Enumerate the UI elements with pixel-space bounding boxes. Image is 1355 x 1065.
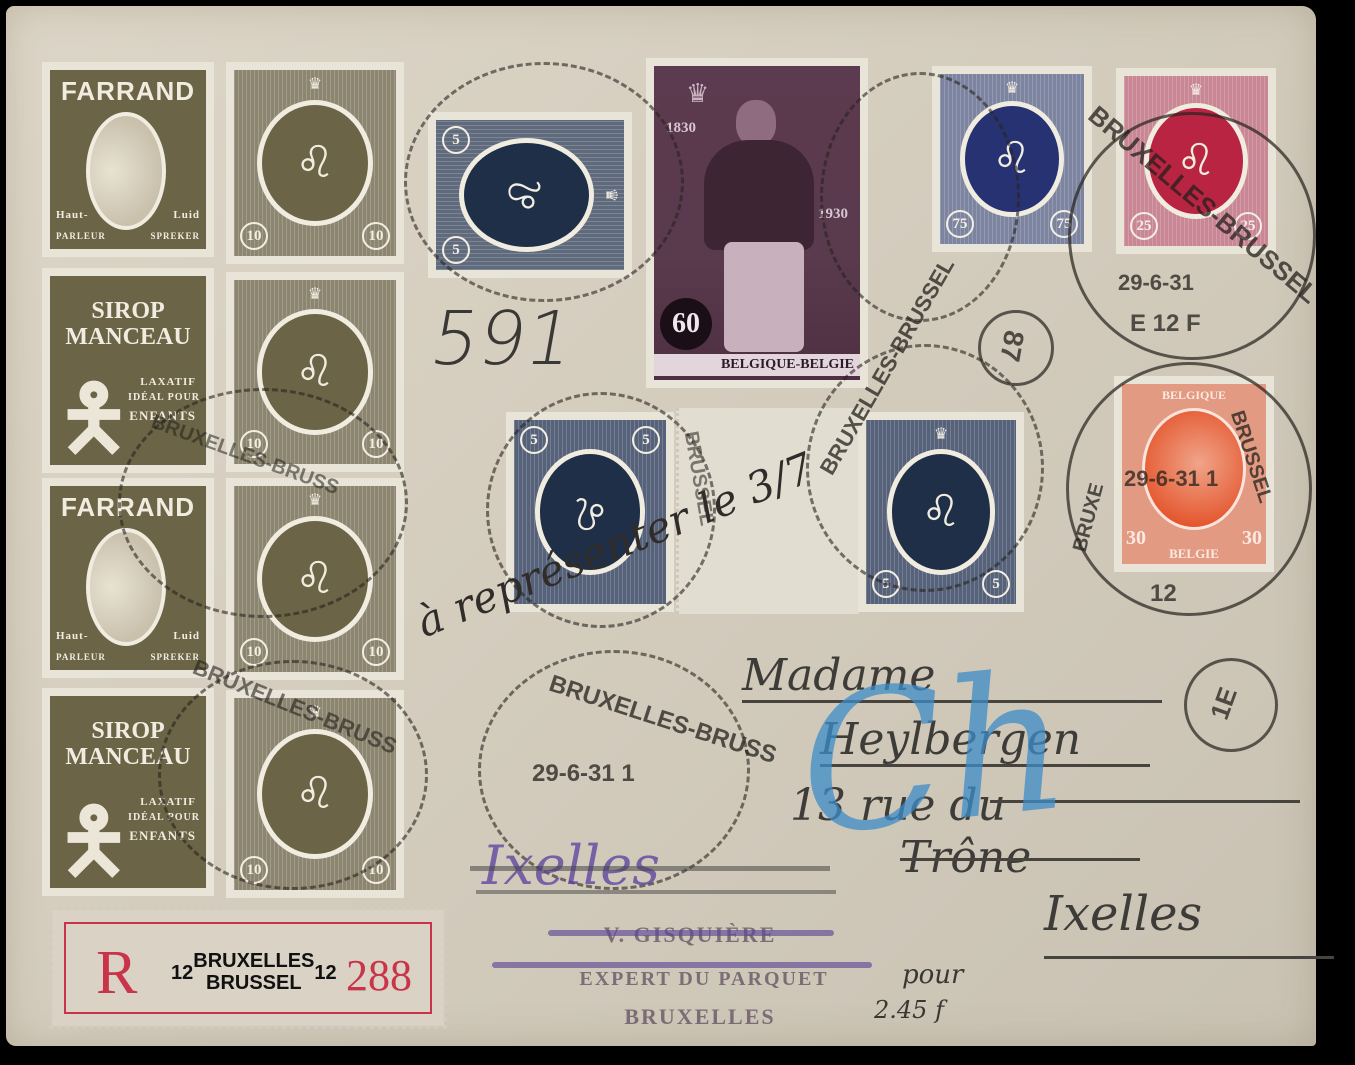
address-underline <box>1044 956 1334 959</box>
office-code: 12 <box>314 962 336 984</box>
postmark-date: 29-6-31 <box>1118 270 1194 296</box>
ad-text: Haut- <box>56 630 89 642</box>
crown-icon: ♛ <box>1005 78 1019 98</box>
crown-icon: ♛ <box>1189 80 1203 100</box>
stamp-caption: BELGIQUE-BELGIE <box>654 354 860 376</box>
ad-text: SPREKER <box>150 231 200 241</box>
ad-text: PARLEUR <box>56 652 106 662</box>
ad-brand: SIROP <box>50 298 206 324</box>
office-line: BRUXELLES <box>193 950 314 972</box>
heraldic-lion-icon: ♌ <box>295 350 334 394</box>
office-line: BRUSSEL <box>206 972 302 994</box>
portrait-coat <box>704 140 814 250</box>
postmark-date: 29-6-31 1 <box>1124 466 1218 492</box>
heraldic-lion-icon: ♌ <box>295 141 334 185</box>
crown-icon: ♛ <box>686 78 709 109</box>
crown-icon: ♛ <box>308 74 322 94</box>
postmark-circle <box>820 72 1020 322</box>
crown-icon: ♛ <box>308 284 322 304</box>
loudspeaker-icon <box>86 112 166 230</box>
ad-text: IDÉAL POUR <box>128 392 200 403</box>
strike-line <box>476 890 836 894</box>
stamp-value: 10 <box>240 222 268 250</box>
registration-label: R 12BRUXELLES12 BRUSSEL 288 <box>52 910 444 1026</box>
postmark-code: E 12 F <box>1130 310 1201 338</box>
ad-text: LAXATIF <box>140 376 196 388</box>
boy-silhouette-icon: 🯅 <box>56 798 132 884</box>
ad-brand: FARRAND <box>50 76 206 107</box>
postmark-code: 12 <box>1150 580 1177 608</box>
portrait-trousers <box>724 242 804 352</box>
office-code: 12 <box>171 962 193 984</box>
postmark-circle <box>404 62 684 302</box>
ad-text: PARLEUR <box>56 231 106 241</box>
stamp-value: 10 <box>362 222 390 250</box>
stamp-10c-lion: ♛ ♌ 10 10 <box>226 62 404 264</box>
ad-brand: MANCEAU <box>50 324 206 350</box>
blue-crayon-mark: Ch <box>791 647 1077 864</box>
strike-line <box>492 962 872 968</box>
ad-label-farrand: FARRAND Haut- Luid PARLEUR SPREKER <box>42 62 214 257</box>
sender-stamp-line: EXPERT DU PARQUET <box>524 968 884 991</box>
ad-text: Haut- <box>56 209 89 221</box>
registration-number: 288 <box>346 950 412 1001</box>
circle-mark-text: 87 <box>993 328 1030 364</box>
registration-office: 12BRUXELLES12 BRUSSEL <box>171 950 337 994</box>
boy-silhouette-icon: 🯅 <box>56 375 132 461</box>
ad-text: Luid <box>173 209 200 221</box>
stamp-value: 10 <box>362 638 390 666</box>
handwritten-number: 591 <box>424 296 580 382</box>
strike-line <box>470 866 830 871</box>
fee-note: 2.45 f <box>874 996 944 1024</box>
address-line: Ixelles <box>1044 886 1202 942</box>
registration-letter: R <box>96 938 137 1009</box>
ad-text: Luid <box>173 630 200 642</box>
postmark-date: 29-6-31 1 <box>532 760 635 788</box>
strike-line <box>548 930 834 936</box>
stamp-value: 60 <box>660 298 712 350</box>
ad-text: SPREKER <box>150 652 200 662</box>
sender-stamp-line: BRUXELLES <box>580 1004 820 1030</box>
fee-note: pour <box>902 960 963 990</box>
